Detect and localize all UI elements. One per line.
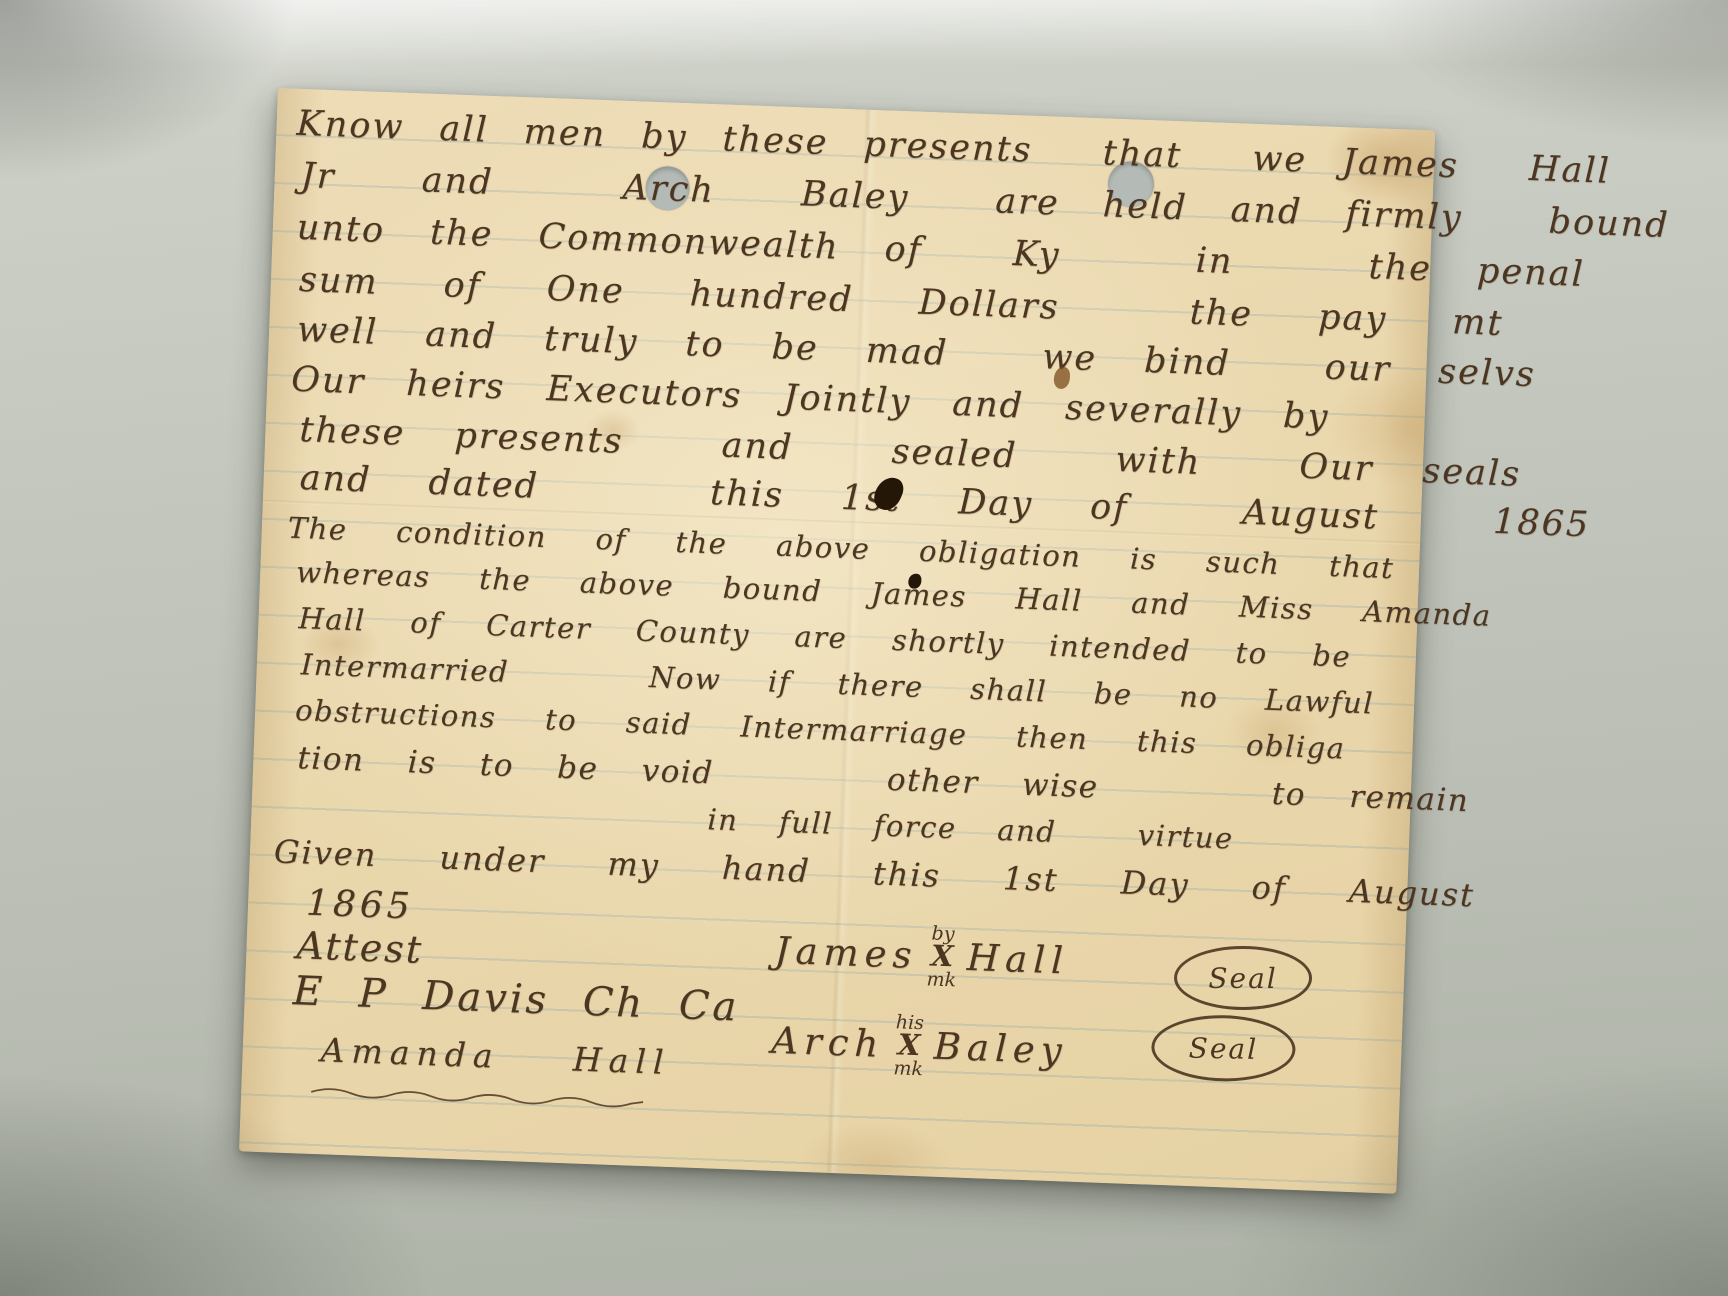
document-paper: Know all men by these presents that we J… xyxy=(239,88,1435,1194)
x-mark-james: by X mk xyxy=(926,924,958,989)
signature-arch-last: Baley xyxy=(933,1025,1068,1073)
signature-james-first: James xyxy=(774,929,918,977)
x-mark-arch: his X mk xyxy=(893,1013,925,1078)
seal-1-label: Seal xyxy=(1208,961,1277,994)
signature-arch: Arch his X mk Baley xyxy=(770,1009,1069,1083)
x-glyph-arch: X xyxy=(897,1031,921,1059)
body-line-19: E P Davis Ch Ca xyxy=(292,969,740,1029)
seal-2: Seal xyxy=(1151,1014,1296,1083)
seal-1: Seal xyxy=(1174,946,1312,1010)
ink-blot-3 xyxy=(1054,367,1071,390)
signature-james: James by X mk Hall xyxy=(774,919,1071,993)
seal-2-label: Seal xyxy=(1188,1031,1258,1065)
signature-underline xyxy=(309,1084,645,1112)
mark-below-james: mk xyxy=(926,970,956,989)
body-line-16: Given under my hand this 1st Day of Augu… xyxy=(273,834,1475,913)
x-glyph-james: X xyxy=(930,943,954,971)
body-line-15: in full force and virtue xyxy=(707,804,1234,855)
body-line-17: 1865 xyxy=(305,884,414,928)
signature-amanda: Amanda Hall xyxy=(320,1032,671,1081)
mark-below-arch: mk xyxy=(893,1059,923,1078)
photo-surface: Know all men by these presents that we J… xyxy=(0,0,1728,1296)
signature-james-last: Hall xyxy=(966,936,1070,983)
signature-arch-first: Arch xyxy=(771,1019,885,1066)
body-line-18: Attest xyxy=(296,925,424,971)
